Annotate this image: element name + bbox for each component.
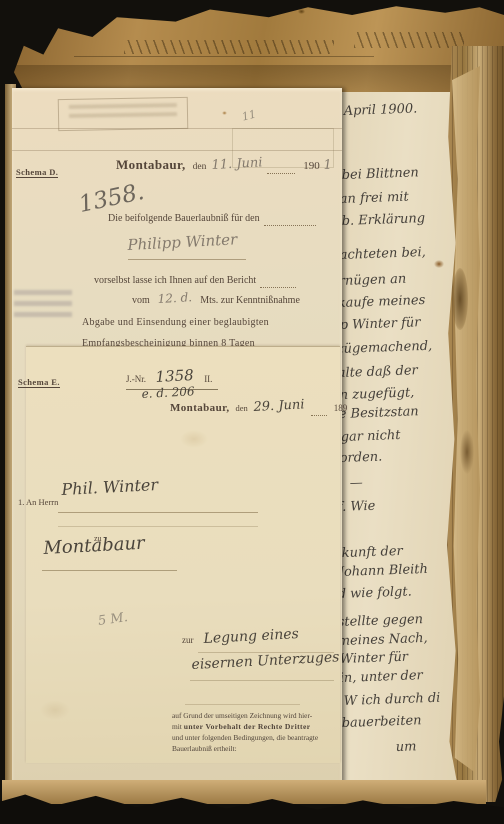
handwriting-fragment: bauerbeiten	[341, 713, 421, 731]
stain-spot	[298, 9, 305, 14]
handwriting-fragment: b. Erklärung	[341, 211, 425, 229]
year-digit-handwritten: 1	[323, 158, 332, 173]
schema-d-label: Schema D.	[16, 162, 58, 180]
vom-line: vom 12. d. Mts. zur Kenntnißnahme	[132, 290, 300, 308]
grant-line-4: Bauerlaubniß ertheilt:	[172, 744, 237, 753]
stain-spot	[434, 260, 444, 268]
place-printed: Montabaur,	[116, 157, 186, 172]
jnr-suffix: II.	[204, 374, 212, 384]
recipient-name-line: Philipp Winter	[128, 236, 246, 260]
pencil-mark-11: 11	[242, 106, 256, 124]
pencil-number: 11	[241, 107, 258, 123]
form-rule	[58, 526, 258, 527]
grant-line-3: und unter folgenden Bedingungen, die bea…	[172, 733, 318, 742]
handwriting-fragment: bei Blittnen	[341, 165, 419, 183]
vom-printed: vom	[132, 295, 150, 306]
handwriting-fragment: kaufe meines	[337, 293, 425, 311]
date-handwritten: 11. Juni	[212, 155, 264, 173]
town-line: Montabaur	[44, 538, 145, 559]
handwriting-fragment: Johann Bleith	[338, 562, 428, 580]
handwriting-fragment: p Winter für	[339, 315, 420, 333]
abgabe-line: Abgabe und Einsendung einer beglaubigten	[82, 312, 269, 330]
schema-d-label-text: Schema D.	[16, 167, 58, 178]
handwriting-fragment: f. Wie	[337, 499, 375, 515]
purpose-handwritten-1: Legung eines	[203, 626, 299, 647]
date-fill-line	[267, 164, 295, 174]
handwriting-fragment: gar nicht	[340, 428, 400, 445]
vom-date-handwritten: 12. d.	[157, 290, 192, 306]
schema-e-label-text: Schema E.	[18, 377, 60, 388]
archive-photo: April 1900. bei Blittnen an frei mit b. …	[0, 0, 504, 824]
report-line-text: vorselbst lasse ich Ihnen auf den Berich…	[94, 275, 256, 286]
fill-line	[260, 278, 296, 288]
right-handwritten-page: April 1900. bei Blittnen an frei mit b. …	[336, 92, 462, 792]
grant-line-2-prefix: mit	[172, 722, 184, 731]
year-printed: 190	[303, 160, 320, 172]
grant-line-1: auf Grund der umseitigen Zeichnung wird …	[172, 711, 312, 720]
zur-printed: zur	[182, 635, 194, 645]
schema-e-label: Schema E.	[18, 372, 60, 390]
town-handwritten: Montabaur	[43, 533, 145, 559]
form-rule	[58, 512, 258, 513]
mts-printed: Mts. zur Kenntnißnahme	[200, 295, 300, 306]
den-printed: den	[236, 403, 248, 413]
handwriting-fragment: April 1900.	[343, 101, 417, 119]
handwriting-fragment: n zugefügt,	[339, 385, 414, 403]
handwriting-fragment: d wie folgt.	[337, 584, 412, 602]
handwriting-fragment: in, unter der	[339, 668, 423, 686]
date-fill-line	[311, 406, 327, 416]
recipient-line: Phil. Winter	[62, 480, 159, 500]
form-rule	[42, 570, 177, 571]
bottom-page-sliver	[2, 780, 486, 804]
jnr-handwritten: 1358	[155, 366, 194, 386]
paper-knot	[452, 268, 468, 330]
handwriting-fragment: um	[395, 739, 416, 755]
schema-e-dateline: Montabaur, den 29. Juni 189	[170, 398, 347, 416]
form-rule	[185, 704, 300, 705]
report-line: vorselbst lasse ich Ihnen auf den Berich…	[94, 270, 296, 288]
paper-knot	[460, 430, 474, 474]
handwriting-fragment: —	[349, 476, 363, 491]
foxing-spot	[180, 430, 208, 448]
pencil-note: 5 M.	[98, 610, 128, 628]
stain-spot	[222, 111, 227, 115]
abgabe-text: Abgabe und Einsendung einer beglaubigten	[82, 317, 269, 328]
purpose-line-1: zur Legung eines	[182, 630, 299, 648]
drawing-hatch-marks	[354, 32, 464, 48]
drawing-line	[74, 56, 374, 57]
recipient-intro-text: Die beifolgende Bauerlaubniß für den	[108, 213, 260, 224]
handwriting-fragment: W ich durch di	[343, 691, 440, 709]
an-herrn-line: 1. An Herrn	[18, 492, 58, 510]
recipient-name-handwritten: Philipp Winter	[127, 230, 238, 254]
handwriting-fragment: kunft der	[341, 544, 403, 561]
jnr-label: J.-Nr.	[126, 374, 146, 384]
handwriting-fragment: e Besitzstan	[338, 404, 418, 422]
faint-office-stamp	[58, 97, 189, 131]
handwriting-fragment: achteten bei,	[339, 245, 426, 263]
form-rule	[190, 680, 334, 681]
handwriting-fragment: an frei mit	[339, 190, 408, 207]
fill-line	[264, 216, 316, 226]
recipient-intro-line: Die beifolgende Bauerlaubniß für den	[108, 208, 316, 226]
handwriting-fragment: orden.	[339, 450, 382, 466]
handwriting-fragment: rnügen an	[338, 272, 406, 289]
schema-d-dateline: Montabaur, den 11. Juni 190 1	[116, 156, 332, 174]
handwriting-fragment: alte daß der	[337, 363, 418, 381]
handwriting-fragment: meines Nach,	[337, 631, 427, 649]
handwriting-fragment: stellte gegen	[337, 612, 423, 630]
handwriting-fragment: zügemachend,	[336, 339, 432, 357]
grant-text-block: auf Grund der umseitigen Zeichnung wird …	[172, 710, 340, 754]
recipient-handwritten: Phil. Winter	[61, 475, 158, 499]
drawing-hatch-marks	[124, 40, 334, 54]
bauerlaubnis-form-page: 11 Schema D. Montabaur, den 11. Juni 190…	[12, 88, 342, 790]
den-printed: den	[193, 162, 207, 172]
pencil-note-text: 5 M.	[97, 610, 129, 629]
year-printed: 189	[334, 403, 348, 413]
grant-line-2-bold: unter Vorbehalt der Rechte Dritter	[184, 722, 311, 731]
place-printed: Montabaur,	[170, 402, 230, 414]
date-handwritten: 29. Juni	[253, 397, 305, 415]
faded-stamp-remnant	[14, 284, 76, 336]
an-herrn-printed: 1. An Herrn	[18, 497, 58, 507]
purpose-line-2: eisernen Unterzuges	[192, 656, 340, 674]
foxing-spot	[40, 700, 70, 720]
handwriting-fragment: Winter für	[339, 650, 408, 667]
